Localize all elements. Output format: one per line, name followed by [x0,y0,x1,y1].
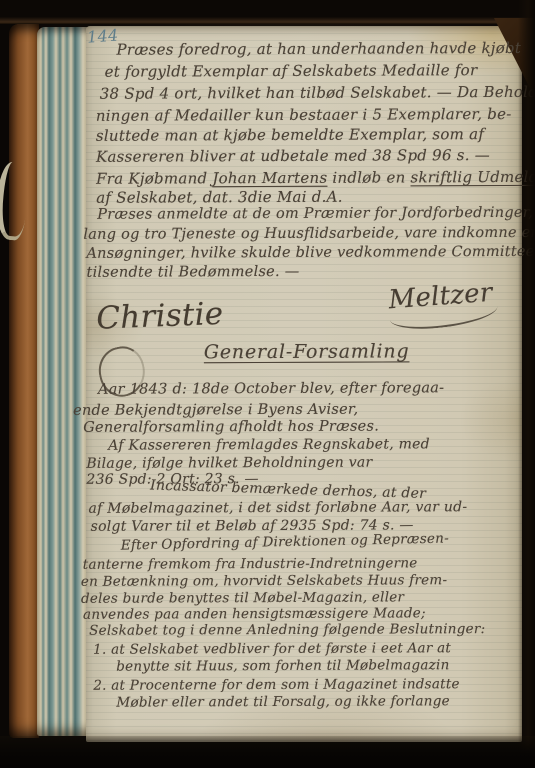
minute-line: Incassator bemærkede derhos, at der [150,478,426,502]
minute-line: af Møbelmagazinet, i det sidst forløbne … [89,499,468,517]
minute-line: Ansøgninger, hvilke skulde blive vedkomm… [86,244,535,262]
resolution-item-1: 1. at Selskabet vedbliver for det første… [93,640,451,658]
resolution-item-2: Møbler eller andet til Forsalg, og ikke … [116,693,450,710]
minute-line: Selskabet tog i denne Anledning følgende… [89,621,485,639]
minute-line: ende Bekjendtgjørelse i Byens Aviser, [73,402,358,419]
manuscript-photo: 144 Christie Meltzer General-Forsamling … [0,0,535,768]
minute-line: 38 Spd 4 ort, hvilket han tilbød Selskab… [100,83,535,103]
resolution-item-2: 2. at Procenterne for dem som i Magazine… [93,676,459,694]
minute-line: en Betænkning om, hvorvidt Selskabets Hu… [81,572,447,590]
resolution-item-1: benytte sit Huus, som forhen til Møbelma… [116,657,449,674]
minute-line: af Selskabet, dat. 3die Mai d.A. [96,188,343,207]
background-bottom-band [0,736,535,768]
minute-line: Præses anmeldte at de om Præmier for Jor… [97,205,533,223]
minute-line: Aar 1843 d: 18de October blev, efter for… [98,380,444,398]
minute-line: Generalforsamling afholdt hos Præses. [83,419,379,436]
page-right-shadow [518,0,535,768]
minute-line: Af Kassereren fremlagdes Regnskabet, med [108,436,430,453]
minute-line: deles burde benyttes til Møbel-Magazin, … [81,589,404,606]
minute-line: Fra Kjøbmand Johan Martens indløb en skr… [96,168,535,188]
minute-line: tilsendte til Bedømmelse. — [86,264,299,281]
minute-line: sluttede man at kjøbe bemeldte Exemplar,… [96,125,484,145]
minute-line: tanterne fremkom fra Industrie-Indretnin… [83,555,418,572]
section-heading: General-Forsamling [204,340,410,363]
minute-line: Bilage, ifølge hvilket Beholdningen var [86,455,372,472]
minute-line: et forgyldt Exemplar af Selskabets Medai… [105,61,478,81]
section-heading-text: General-Forsamling [204,340,410,363]
minute-line: anvendes paa anden hensigtsmæssigere Maa… [83,605,426,622]
minute-line: Præses foredrog, at han underhaanden hav… [117,39,522,59]
minute-line: ningen af Medailler kun bestaaer i 5 Exe… [96,105,512,125]
minute-line: Kassereren bliver at udbetale med 38 Spd… [96,146,490,166]
signature-christie: Christie [96,296,224,337]
handwriting-layer: 144 Christie Meltzer General-Forsamling … [0,0,535,768]
minute-line: lang og tro Tjeneste og Huusflidsarbeide… [83,225,535,243]
page-number: 144 [86,25,119,46]
